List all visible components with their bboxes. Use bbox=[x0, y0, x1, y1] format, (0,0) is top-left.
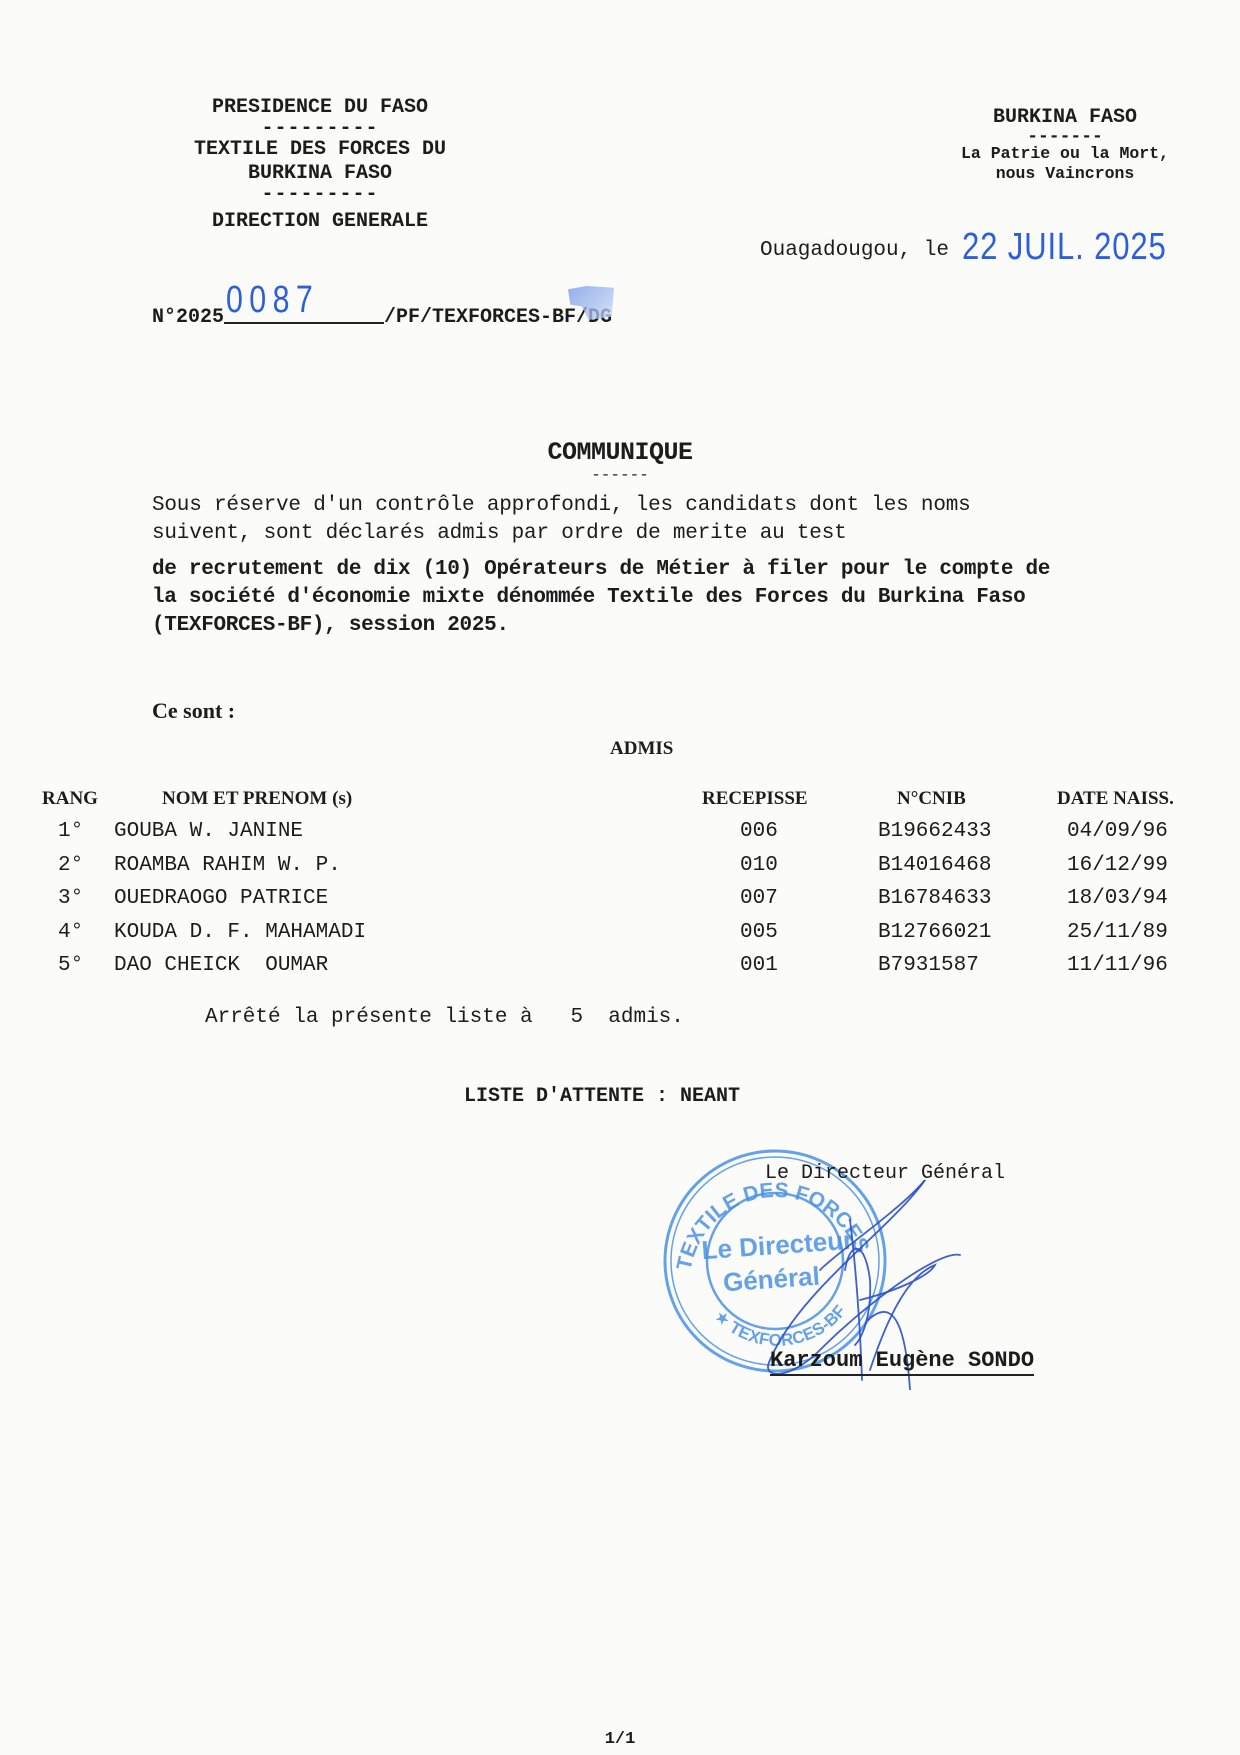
signatory-name: Karzoum Eugène SONDO bbox=[770, 1348, 1034, 1376]
issuer-line-company: TEXTILE DES FORCES DU bbox=[150, 138, 490, 162]
rank-cell: 2° bbox=[58, 854, 83, 877]
list-closing-statement: Arrêté la présente liste à 5 admis. bbox=[205, 1006, 684, 1029]
issuer-line-direction: DIRECTION GENERALE bbox=[150, 210, 490, 234]
title-separator: ------ bbox=[0, 466, 1240, 484]
cnib-cell: B12766021 bbox=[878, 921, 991, 944]
issuer-header: PRESIDENCE DU FASO --------- TEXTILE DES… bbox=[150, 96, 490, 234]
rank-cell: 1° bbox=[58, 820, 83, 843]
column-header-recepisse: RECEPISSE bbox=[702, 788, 808, 810]
rank-cell: 3° bbox=[58, 887, 83, 910]
table-row: 1°GOUBA W. JANINE006B1966243304/09/96 bbox=[0, 820, 1240, 853]
date-stamp: 22 JUIL. 2025 bbox=[962, 226, 1167, 269]
waiting-list-statement: LISTE D'ATTENTE : NEANT bbox=[464, 1085, 740, 1108]
reference-number: N°20250087/PF/TEXFORCES-BF/DG bbox=[152, 300, 612, 329]
name-cell: KOUDA D. F. MAHAMADI bbox=[114, 921, 366, 944]
header-separator: --------- bbox=[150, 186, 490, 204]
rank-cell: 5° bbox=[58, 954, 83, 977]
column-header-name: NOM ET PRENOM (s) bbox=[162, 788, 352, 810]
reference-number-field: 0087 bbox=[224, 300, 384, 324]
birthdate-cell: 25/11/89 bbox=[1067, 921, 1168, 944]
name-cell: ROAMBA RAHIM W. P. bbox=[114, 854, 341, 877]
name-cell: OUEDRAOGO PATRICE bbox=[114, 887, 328, 910]
list-intro: Ce sont : bbox=[152, 698, 235, 724]
birthdate-cell: 18/03/94 bbox=[1067, 887, 1168, 910]
column-header-birthdate: DATE NAISS. bbox=[1057, 788, 1174, 810]
cnib-cell: B16784633 bbox=[878, 887, 991, 910]
page-number: 1/1 bbox=[0, 1730, 1240, 1749]
cnib-cell: B19662433 bbox=[878, 820, 991, 843]
header-separator: --------- bbox=[150, 120, 490, 138]
body-paragraph-intro: Sous réserve d'un contrôle approfondi, l… bbox=[152, 492, 1072, 548]
admitted-section-title: ADMIS bbox=[610, 738, 673, 760]
body-paragraph-subject: de recrutement de dix (10) Opérateurs de… bbox=[152, 556, 1072, 640]
motto-line-2: nous Vaincrons bbox=[930, 164, 1200, 184]
recepisse-cell: 007 bbox=[740, 887, 778, 910]
rank-cell: 4° bbox=[58, 921, 83, 944]
place-date: Ouagadougou, le 22 JUIL. 2025 bbox=[760, 226, 1211, 269]
header-separator: ------- bbox=[930, 130, 1200, 144]
table-row: 2°ROAMBA RAHIM W. P.010B1401646816/12/99 bbox=[0, 854, 1240, 887]
motto-line-1: La Patrie ou la Mort, bbox=[930, 144, 1200, 164]
recepisse-cell: 006 bbox=[740, 820, 778, 843]
birthdate-cell: 11/11/96 bbox=[1067, 954, 1168, 977]
cnib-cell: B7931587 bbox=[878, 954, 979, 977]
table-row: 5°DAO CHEICK OUMAR001B793158711/11/96 bbox=[0, 954, 1240, 987]
document-title: COMMUNIQUE bbox=[0, 438, 1240, 467]
table-row: 4°KOUDA D. F. MAHAMADI005B1276602125/11/… bbox=[0, 921, 1240, 954]
birthdate-cell: 16/12/99 bbox=[1067, 854, 1168, 877]
name-cell: GOUBA W. JANINE bbox=[114, 820, 303, 843]
country-header: BURKINA FASO ------- La Patrie ou la Mor… bbox=[930, 106, 1200, 184]
cnib-cell: B14016468 bbox=[878, 854, 991, 877]
name-cell: DAO CHEICK OUMAR bbox=[114, 954, 328, 977]
place-label: Ouagadougou, le bbox=[760, 239, 962, 262]
column-header-cnib: N°CNIB bbox=[897, 788, 966, 810]
recepisse-cell: 010 bbox=[740, 854, 778, 877]
column-header-rank: RANG bbox=[42, 788, 98, 810]
reference-suffix: /PF/TEXFORCES-BF/DG bbox=[384, 306, 612, 329]
reference-prefix: N°2025 bbox=[152, 306, 224, 329]
birthdate-cell: 04/09/96 bbox=[1067, 820, 1168, 843]
recepisse-cell: 005 bbox=[740, 921, 778, 944]
table-row: 3°OUEDRAOGO PATRICE007B1678463318/03/94 bbox=[0, 887, 1240, 920]
recepisse-cell: 001 bbox=[740, 954, 778, 977]
reference-number-stamp: 0087 bbox=[226, 279, 319, 322]
